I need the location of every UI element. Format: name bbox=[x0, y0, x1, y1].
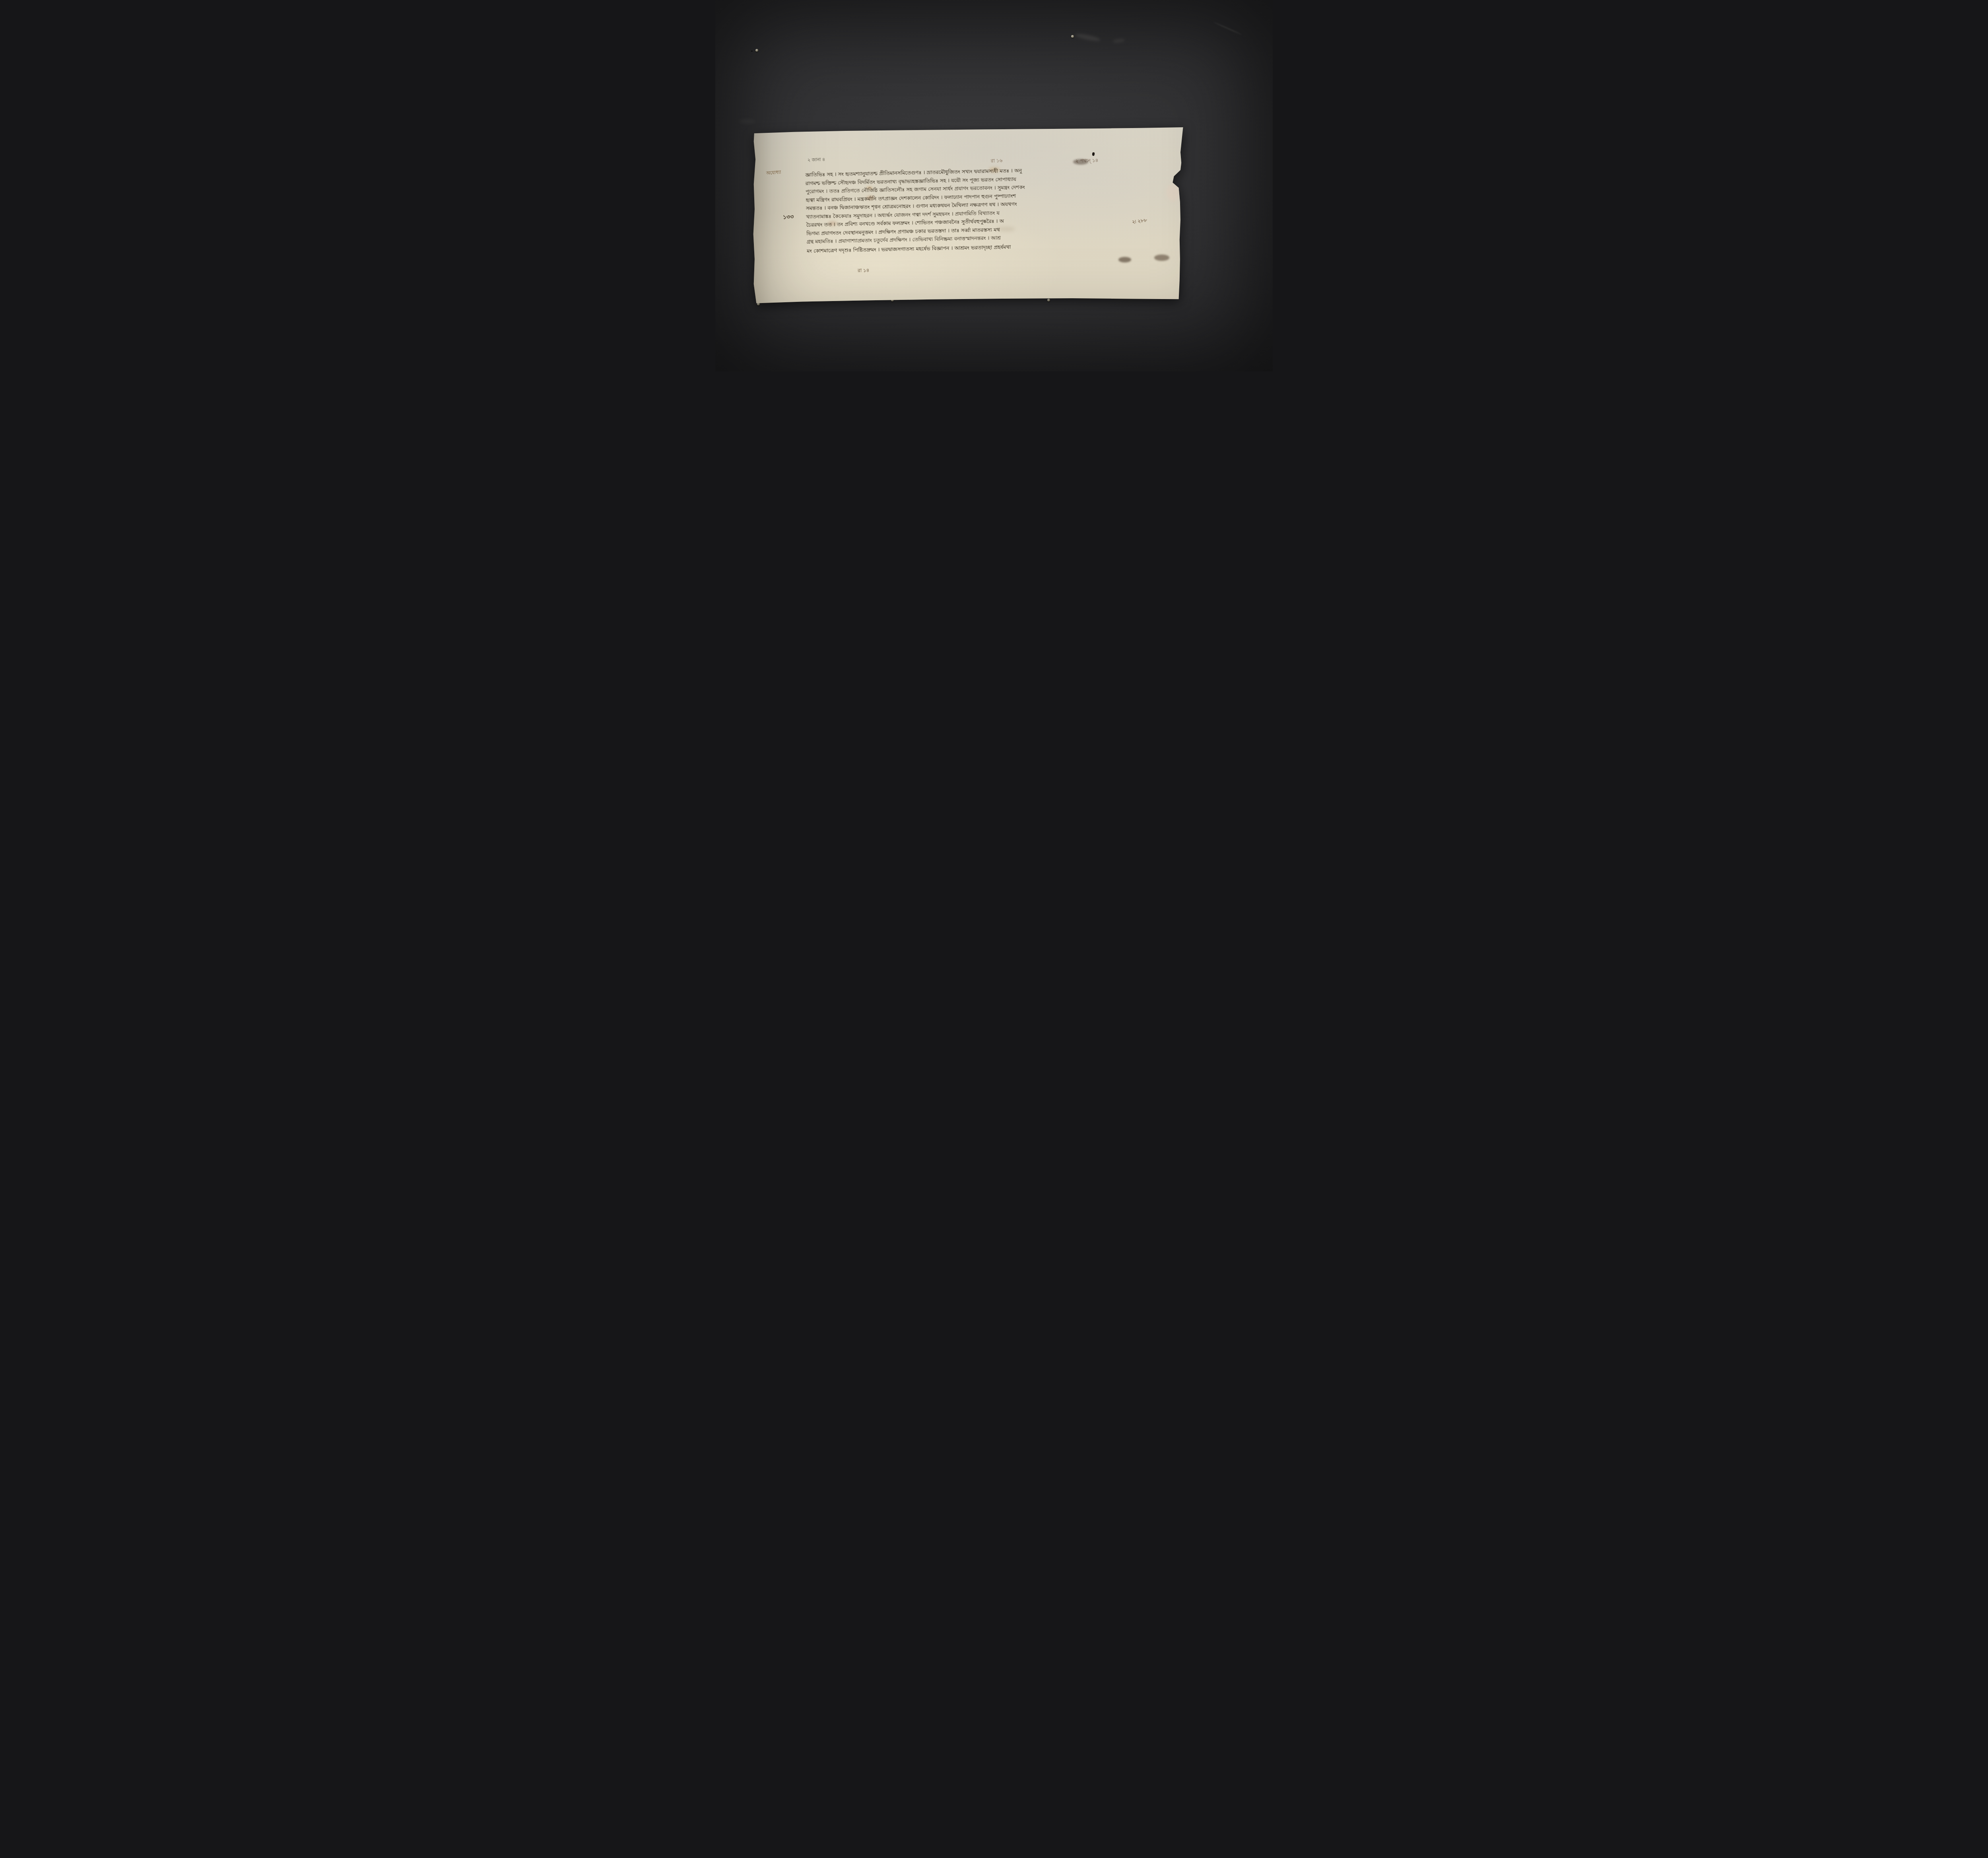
ink-smear-stain bbox=[1154, 255, 1169, 261]
top-center-reference-mark: রা ১৬ bbox=[990, 157, 1002, 166]
torn-edge-light-patch bbox=[1166, 184, 1180, 201]
ink-smear-stain bbox=[1118, 257, 1131, 262]
photo-backdrop: ২ জানা ৪ অযোধ্যা ১৩৩ রা ১৬ ২ পথ্যন্ ১৪ ২… bbox=[715, 0, 1273, 371]
top-left-stamp-annotation: ২ জানা ৪ bbox=[808, 156, 825, 164]
left-margin-kanda-title: অযোধ্যা bbox=[766, 169, 781, 178]
folio-number: ১৩৩ bbox=[782, 212, 794, 222]
manuscript-text-block: জ্ঞাতিভিঃ সহ । সং হৃতমশ্যানুযাতশ্চ প্রীত… bbox=[805, 164, 1134, 255]
ink-smudge bbox=[1073, 159, 1088, 165]
bottom-center-reference-mark: রা ১৪ bbox=[858, 267, 870, 275]
